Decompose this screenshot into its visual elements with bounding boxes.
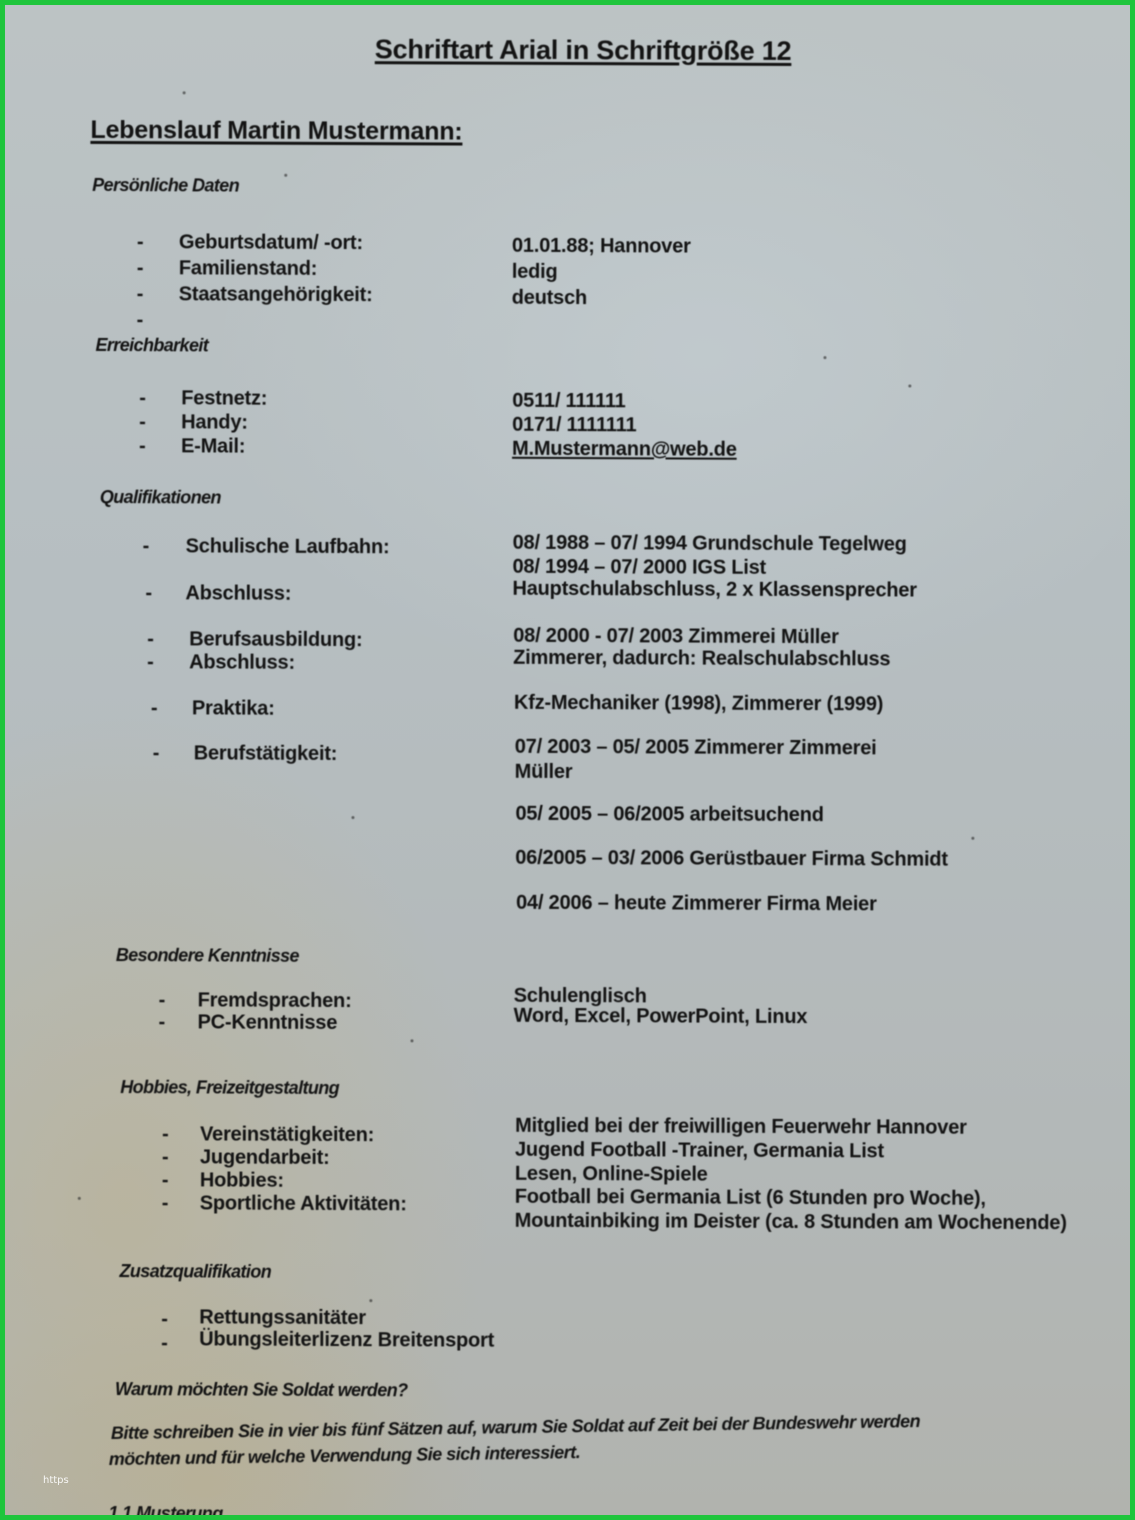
label-sports: Sportliche Aktivitäten: xyxy=(200,1192,407,1216)
label-internships: Praktika: xyxy=(192,697,275,720)
paper-speck xyxy=(284,174,287,177)
qualifications-list: - Schulische Laufbahn: 08/ 1988 – 07/ 19… xyxy=(5,5,1130,7)
section-heading-contact: Erreichbarkeit xyxy=(95,335,208,356)
value-training: 08/ 2000 - 07/ 2003 Zimmerei Müller xyxy=(513,625,839,649)
resume-heading: Lebenslauf Martin Mustermann: xyxy=(90,116,462,147)
value-pc-skills: Word, Excel, PowerPoint, Linux xyxy=(514,1005,808,1029)
paper-speck xyxy=(908,384,911,387)
value-clubs: Mitglied bei der freiwilligen Feuerwehr … xyxy=(515,1115,967,1140)
extra-list: - Rettungssanitäter - Übungsleiterlizenz… xyxy=(5,5,1130,7)
value-landline: 0511/ 111111 xyxy=(512,390,625,413)
bullet: - xyxy=(162,1192,169,1215)
label-email: E-Mail: xyxy=(181,435,245,458)
bullet: - xyxy=(137,309,144,332)
section-heading-personal: Persönliche Daten xyxy=(92,175,239,197)
paper-speck xyxy=(183,91,186,94)
value-internships: Kfz-Mechaniker (1998), Zimmerer (1999) xyxy=(514,692,883,717)
personal-list: - Geburtsdatum/ -ort: 01.01.88; Hannover… xyxy=(5,5,1130,7)
label-languages: Fremdsprachen: xyxy=(198,989,352,1013)
value-nationality: deutsch xyxy=(512,287,587,310)
label-mobile: Handy: xyxy=(181,411,248,434)
label-hobbies: Hobbies: xyxy=(200,1169,284,1192)
label-clubs: Vereinstätigkeiten: xyxy=(200,1123,374,1147)
label-training-degree: Abschluss: xyxy=(189,651,295,674)
value-mobile: 0171/ 1111111 xyxy=(512,414,636,438)
label-employment: Berufstätigkeit: xyxy=(194,742,338,766)
value-youth-work: Jugend Football -Trainer, Germania List xyxy=(515,1139,884,1164)
label-youth-work: Jugendarbeit: xyxy=(200,1146,330,1170)
value-sports-cont: Mountainbiking im Deister (ca. 8 Stunden… xyxy=(515,1210,1067,1235)
paper-speck xyxy=(410,1039,413,1042)
bullet: - xyxy=(162,1123,169,1146)
label-marital: Familienstand: xyxy=(179,257,317,281)
skills-list: - Fremdsprachen: Schulenglisch - PC-Kenn… xyxy=(5,5,1130,7)
email-link[interactable]: M.Mustermann@web.de xyxy=(512,438,737,462)
value-marital: ledig xyxy=(512,261,558,284)
paper-speck xyxy=(369,1299,372,1302)
label-pc-skills: PC-Kenntnisse xyxy=(198,1011,338,1035)
extra-item-trainer-license: Übungsleiterlizenz Breitensport xyxy=(199,1328,494,1352)
value-school-1: 08/ 1988 – 07/ 1994 Grundschule Tegelweg xyxy=(513,532,907,557)
bullet: - xyxy=(162,1169,169,1192)
value-birth: 01.01.88; Hannover xyxy=(512,235,691,259)
bullet: - xyxy=(137,231,144,254)
bullet: - xyxy=(159,1011,166,1034)
bullet: - xyxy=(137,283,144,306)
resume-document: Schriftart Arial in Schriftgröße 12 Lebe… xyxy=(5,5,1130,1515)
bullet: - xyxy=(161,1332,168,1355)
value-employment-2: 05/ 2005 – 06/2005 arbeitsuchend xyxy=(515,803,823,827)
bullet: - xyxy=(139,435,146,458)
label-school: Schulische Laufbahn: xyxy=(186,535,390,559)
motivation-text-line1: Bitte schreiben Sie in vier bis fünf Sät… xyxy=(111,1411,920,1444)
value-employment-3: 06/2005 – 03/ 2006 Gerüstbauer Firma Sch… xyxy=(515,847,948,872)
contact-list: - Festnetz: 0511/ 111111 - Handy: 0171/ … xyxy=(5,5,1130,7)
hobbies-list: - Vereinstätigkeiten: Mitglied bei der f… xyxy=(5,5,1130,7)
document-title: Schriftart Arial in Schriftgröße 12 xyxy=(375,34,792,67)
bullet: - xyxy=(145,582,152,605)
cut-off-heading: 1.1 Musterung… xyxy=(108,1503,240,1515)
paper-speck xyxy=(78,1197,81,1200)
value-employment-1b: Müller xyxy=(515,761,573,784)
bullet: - xyxy=(139,387,146,410)
value-sports: Football bei Germania List (6 Stunden pr… xyxy=(515,1186,986,1211)
value-training-degree: Zimmerer, dadurch: Realschulabschluss xyxy=(513,647,890,672)
paper-speck xyxy=(823,356,826,359)
bullet: - xyxy=(159,989,166,1012)
bullet: - xyxy=(151,697,158,720)
value-degree: Hauptschulabschluss, 2 x Klassensprecher xyxy=(512,578,917,603)
extra-item-paramedic: Rettungssanitäter xyxy=(199,1306,366,1330)
bullet: - xyxy=(153,742,160,765)
bullet: - xyxy=(139,411,146,434)
section-heading-extra: Zusatzqualifikation xyxy=(119,1261,271,1283)
label-degree: Abschluss: xyxy=(185,582,291,605)
motivation-question: Warum möchten Sie Soldat werden? xyxy=(115,1379,408,1401)
bullet: - xyxy=(147,651,154,674)
section-heading-skills: Besondere Kenntnisse xyxy=(116,945,299,967)
section-heading-hobbies: Hobbies, Freizeitgestaltung xyxy=(120,1077,339,1099)
label-training: Berufsausbildung: xyxy=(189,628,362,652)
bullet: - xyxy=(143,535,150,558)
bullet: - xyxy=(161,1308,168,1331)
value-school-2: 08/ 1994 – 07/ 2000 IGS List xyxy=(512,556,766,580)
label-nationality: Staatsangehörigkeit: xyxy=(179,283,373,307)
value-employment-4: 04/ 2006 – heute Zimmerer Firma Meier xyxy=(516,892,877,917)
paper-speck xyxy=(351,816,354,819)
value-hobbies: Lesen, Online-Spiele xyxy=(515,1163,708,1187)
bullet: - xyxy=(137,257,144,280)
bullet: - xyxy=(147,628,154,651)
photo-frame: Schriftart Arial in Schriftgröße 12 Lebe… xyxy=(5,5,1130,1515)
section-heading-qualifications: Qualifikationen xyxy=(100,487,221,509)
bullet: - xyxy=(162,1146,169,1169)
watermark-text: https xyxy=(43,1475,69,1486)
label-landline: Festnetz: xyxy=(181,387,267,410)
label-birth: Geburtsdatum/ -ort: xyxy=(179,231,363,255)
paper-speck xyxy=(971,837,974,840)
motivation-text-line2: möchten und für welche Verwendung Sie si… xyxy=(109,1442,581,1470)
value-employment-1: 07/ 2003 – 05/ 2005 Zimmerer Zimmerei xyxy=(515,736,877,761)
